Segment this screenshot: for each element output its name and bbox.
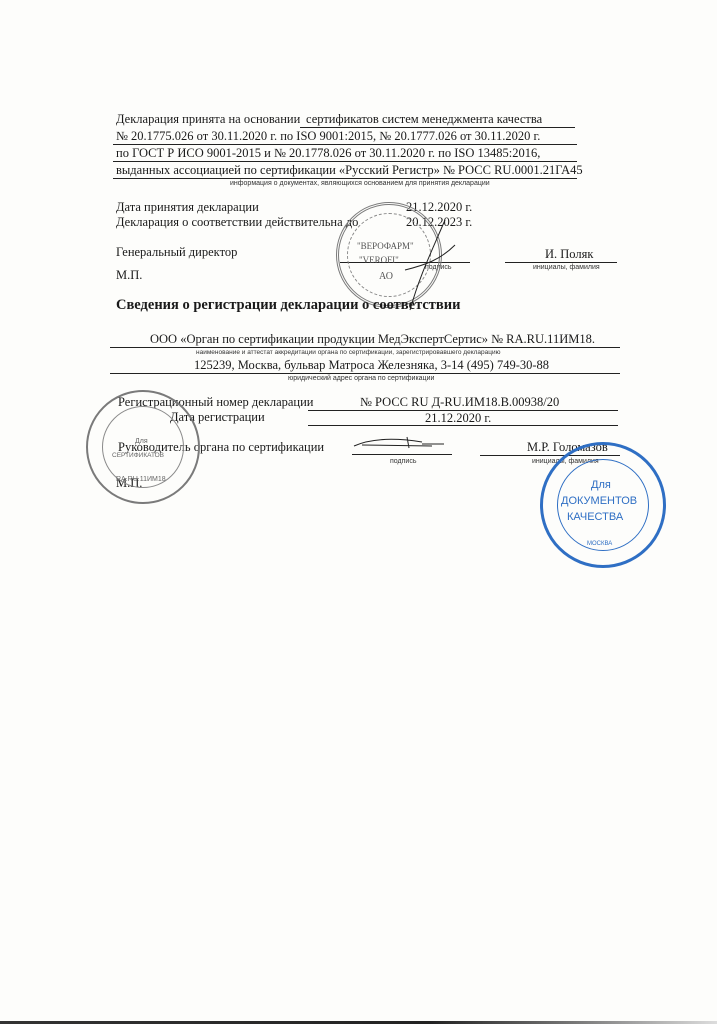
quality-stamp-line3: КАЧЕСТВА <box>567 511 623 523</box>
cert-body-name-underline <box>110 347 620 348</box>
basis-caption: информация о документах, являющихся осно… <box>230 180 490 187</box>
cert-head-signature-caption: подпись <box>390 458 416 465</box>
cert-body-address-caption: юридический адрес органа по сертификации <box>288 375 434 382</box>
quality-stamp-line1: Для <box>591 479 611 491</box>
director-position: Генеральный директор <box>116 245 237 260</box>
cert-body-address: 125239, Москва, бульвар Матроса Железняк… <box>194 358 549 373</box>
cert-head-signature-icon <box>352 434 447 454</box>
cert-head-signature-line <box>352 454 452 455</box>
registration-title: Сведения о регистрации декларации о соот… <box>116 297 460 314</box>
company-stamp-line3: АО <box>379 271 393 282</box>
director-seal-label: М.П. <box>116 268 142 283</box>
basis-line2-underline <box>113 144 577 145</box>
basis-line3: по ГОСТ Р ИСО 9001-2015 и № 20.1778.026 … <box>116 146 540 161</box>
basis-label: Декларация принята на основании <box>116 112 300 127</box>
valid-until-label: Декларация о соответствии действительна … <box>116 215 358 230</box>
reg-number-value: № РОСС RU Д-RU.ИМ18.В.00938/20 <box>360 395 559 410</box>
quality-stamp-city: МОСКВА <box>587 541 612 547</box>
basis-line1-value: сертификатов систем менеджмента качества <box>306 112 542 127</box>
reg-date-underline <box>308 425 618 426</box>
director-name-line <box>505 262 617 263</box>
basis-line3-underline <box>113 161 577 162</box>
basis-line2: № 20.1775.026 от 30.11.2020 г. по ISO 90… <box>116 129 540 144</box>
basis-line1-underline <box>300 127 575 128</box>
basis-line4-underline <box>113 178 577 179</box>
cert-body-name: ООО «Орган по сертификации продукции Мед… <box>150 332 595 347</box>
accepted-date-label: Дата принятия декларации <box>116 200 259 215</box>
cert-body-stamp-line1: Для <box>135 438 148 445</box>
cert-body-stamp: Для СЕРТИФИКАТОВ RA.RU.11ИМ18 <box>86 390 200 504</box>
director-name: И. Поляк <box>545 247 593 262</box>
cert-body-stamp-line2: СЕРТИФИКАТОВ <box>112 452 164 459</box>
basis-line4: выданных ассоциацией по сертификации «Ру… <box>116 163 583 178</box>
company-stamp-line2: "VEROFI" <box>359 255 399 265</box>
director-name-caption: инициалы, фамилия <box>533 264 600 271</box>
cert-body-address-underline <box>110 373 620 374</box>
quality-stamp-line2: ДОКУМЕНТОВ <box>561 495 637 507</box>
cert-body-stamp-line3: RA.RU.11ИМ18 <box>116 476 166 483</box>
quality-docs-stamp: Для ДОКУМЕНТОВ КАЧЕСТВА МОСКВА <box>540 442 666 568</box>
reg-date-value: 21.12.2020 г. <box>425 411 491 426</box>
cert-body-caption: наименование и аттестат аккредитации орг… <box>196 349 501 356</box>
